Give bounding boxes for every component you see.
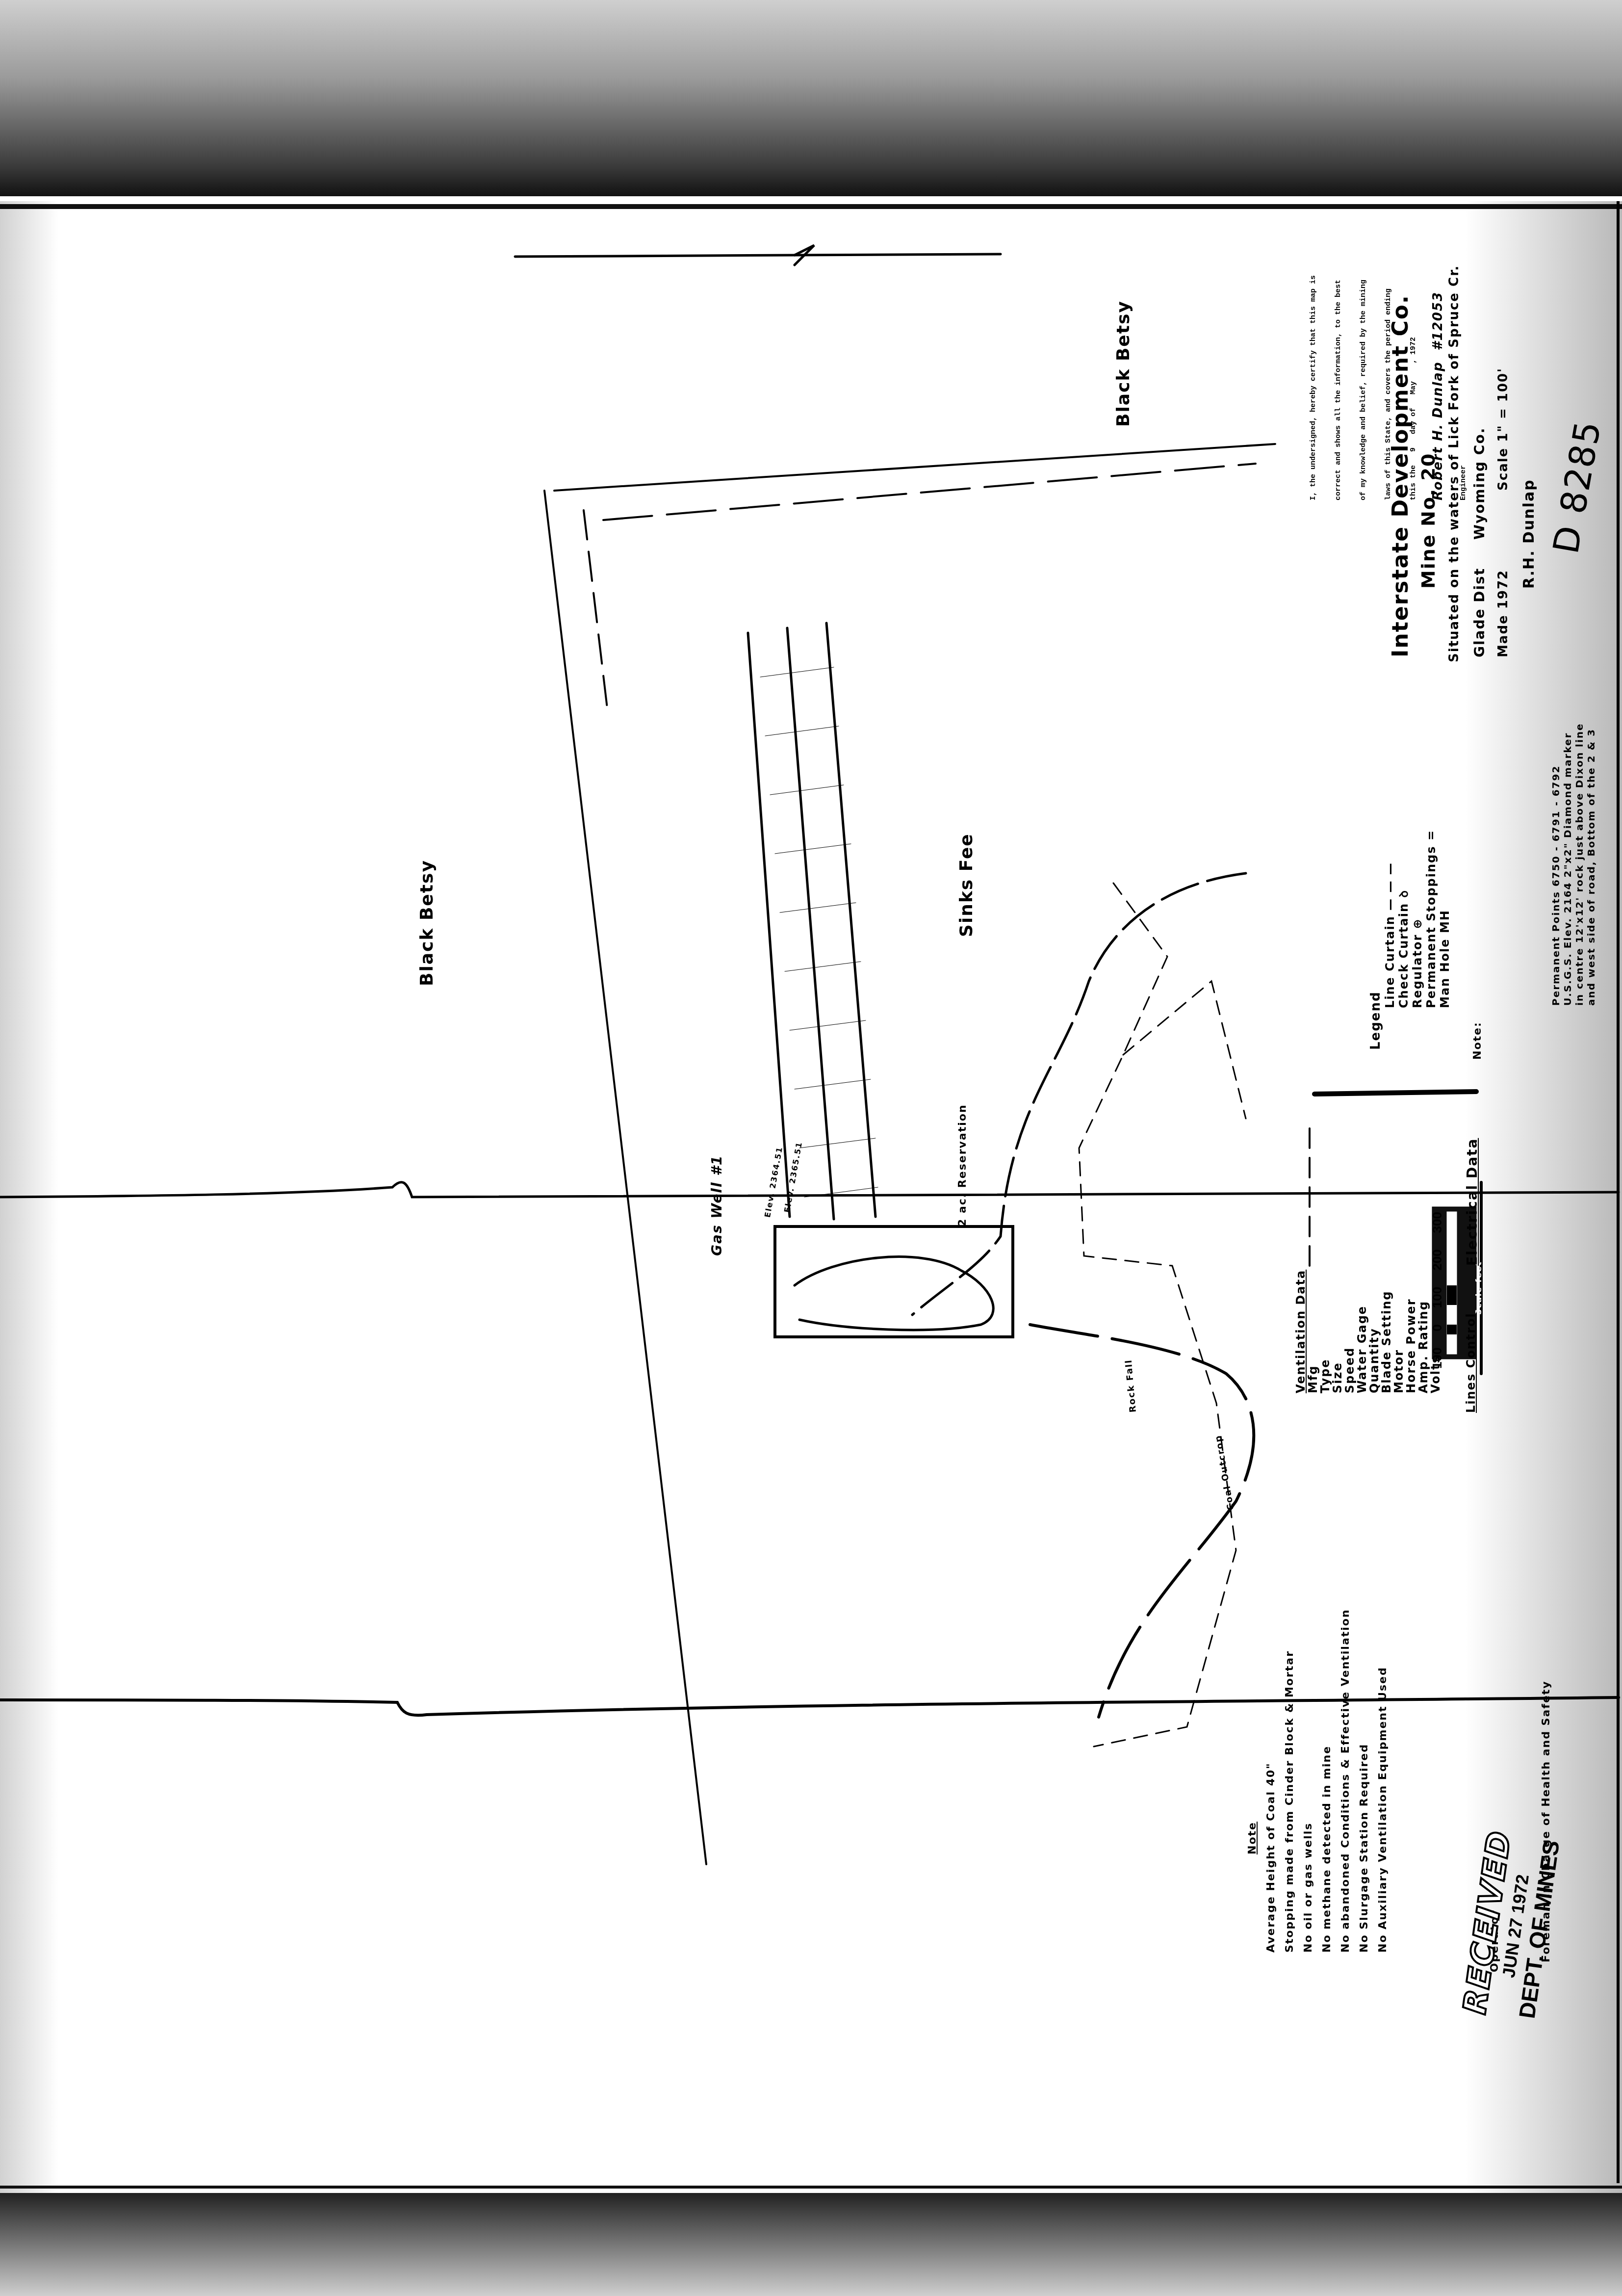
survey-traverse-branch <box>1123 981 1246 1119</box>
electrical-field: Lines Control <box>1464 1312 1478 1413</box>
note-line: No oil or gas wells <box>1299 1609 1318 1953</box>
check-curtain-symbol-icon: ꝺ <box>1397 889 1411 897</box>
legend-box-top <box>1314 1092 1476 1094</box>
scale-bar-unit: Scale feet <box>1474 1261 1483 1315</box>
note-line: No abandoned Conditions & Effective Vent… <box>1337 1609 1355 1953</box>
notes-block: Note Average Height of Coal 40" Stopping… <box>1243 1609 1392 1953</box>
survey-traverse-line <box>1079 883 1236 1747</box>
label-gas-well: Gas Well #1 <box>709 1155 725 1256</box>
legend-note-line: U.S.G.S. Elev. 2164 2"x2" Diamond marker <box>1562 723 1573 1006</box>
mine-number: Mine No. 20 <box>1417 453 1439 589</box>
ventilation-field: Quantity <box>1368 1270 1381 1393</box>
county: Wyoming Co. <box>1471 427 1488 540</box>
certificate-line: of my knowledge and belief, required by … <box>1359 275 1367 500</box>
regulator-symbol-icon: ⊕ <box>1411 918 1424 929</box>
ventilation-field: Speed <box>1344 1270 1356 1393</box>
property-line-diagonal <box>544 491 706 1864</box>
legend-list: Line Curtain — — — Check Curtain ꝺ Regul… <box>1383 830 1452 1008</box>
legend-item-regulator: Regulator ⊕ <box>1411 830 1424 1008</box>
north-arrow-shaft <box>515 254 1001 257</box>
scale-tick: 200 <box>1430 1249 1445 1270</box>
coal-outcrop-line-1 <box>912 873 1246 1315</box>
electrical-title: Electrical Data <box>1464 1138 1480 1266</box>
location-line: Situated on the waters of Lick Fork of S… <box>1447 265 1462 662</box>
coal-outcrop-line-2 <box>1030 1325 1254 1717</box>
ventilation-field: Type <box>1319 1270 1332 1393</box>
fold-line-middle <box>0 1182 1619 1198</box>
legend-title: Legend <box>1368 991 1383 1050</box>
stopping-symbol-icon: = <box>1424 830 1438 840</box>
ventilation-data: Ventilation Data Mfg Type Size Speed Wat… <box>1295 1270 1442 1393</box>
legend-item-man-hole: Man Hole MH <box>1438 830 1452 1008</box>
district: Glade Dist <box>1471 568 1488 657</box>
label-reservation: 2 ac. Reservation <box>956 1104 969 1226</box>
ventilation-field: Size <box>1332 1270 1344 1393</box>
ventilation-field: Volts <box>1430 1270 1442 1393</box>
note-line: No Slurgage Station Required <box>1355 1609 1374 1953</box>
property-line-dashed-1 <box>584 510 608 716</box>
drawn-by: R.H. Dunlap <box>1520 479 1538 589</box>
man-hole-symbol-icon: MH <box>1438 910 1452 933</box>
note-line: Stopping made from Cinder Block & Mortar <box>1281 1609 1299 1953</box>
scale-tick: 300 <box>1430 1212 1445 1233</box>
ventilation-field: Blade Setting <box>1381 1270 1393 1393</box>
legend-item-line-curtain: Line Curtain — — — <box>1383 830 1397 1008</box>
ventilation-title: Ventilation Data <box>1295 1270 1307 1393</box>
line-curtain-symbol-icon: — — — <box>1383 862 1397 911</box>
note-line: Average Height of Coal 40" <box>1262 1609 1281 1953</box>
made-date: Made 1972 <box>1496 570 1511 657</box>
legend-note-line: Permanent Points 6750 - 6791 - 6792 <box>1550 723 1562 1006</box>
legend-item-check-curtain: Check Curtain ꝺ <box>1397 830 1411 1008</box>
legend-note-label: Note: <box>1471 1021 1484 1060</box>
note-line: No Auxiliary Ventilation Equipment Used <box>1374 1609 1392 1953</box>
legend-item-permanent-stoppings: Permanent Stoppings = <box>1424 830 1438 1008</box>
company-name: Interstate Development Co. <box>1388 294 1413 657</box>
certificate-line: I, the undersigned, hereby certify that … <box>1309 275 1317 500</box>
legend-note-line: in centre 12'x12' rock just above Dixon … <box>1573 723 1585 1006</box>
ventilation-field: Amp. Rating <box>1417 1270 1430 1393</box>
property-line-top <box>554 444 1275 491</box>
legend-note: Permanent Points 6750 - 6791 - 6792 U.S.… <box>1550 723 1597 1006</box>
map-scale: Scale 1" = 100' <box>1496 367 1511 491</box>
notes-title: Note <box>1243 1609 1262 1953</box>
ventilation-field: Water Gage <box>1356 1270 1368 1393</box>
legend-note-line: and west side of road, Bottom of the 2 &… <box>1585 723 1597 1006</box>
ventilation-field: Horse Power <box>1405 1270 1417 1393</box>
label-black-betsy-left: Black Betsy <box>417 860 437 986</box>
coal-outcrop-inner <box>795 1257 993 1330</box>
label-sinks-fee: Sinks Fee <box>956 833 977 937</box>
mine-entries-grid <box>748 623 878 1219</box>
ventilation-field: Mfg <box>1307 1270 1319 1393</box>
property-line-dashed-2 <box>603 464 1256 520</box>
ventilation-field: Motor <box>1393 1270 1405 1393</box>
label-black-betsy-top: Black Betsy <box>1113 300 1133 427</box>
certificate-line: correct and shows all the information, t… <box>1334 275 1342 500</box>
note-line: No methane detected in mine <box>1318 1609 1337 1953</box>
